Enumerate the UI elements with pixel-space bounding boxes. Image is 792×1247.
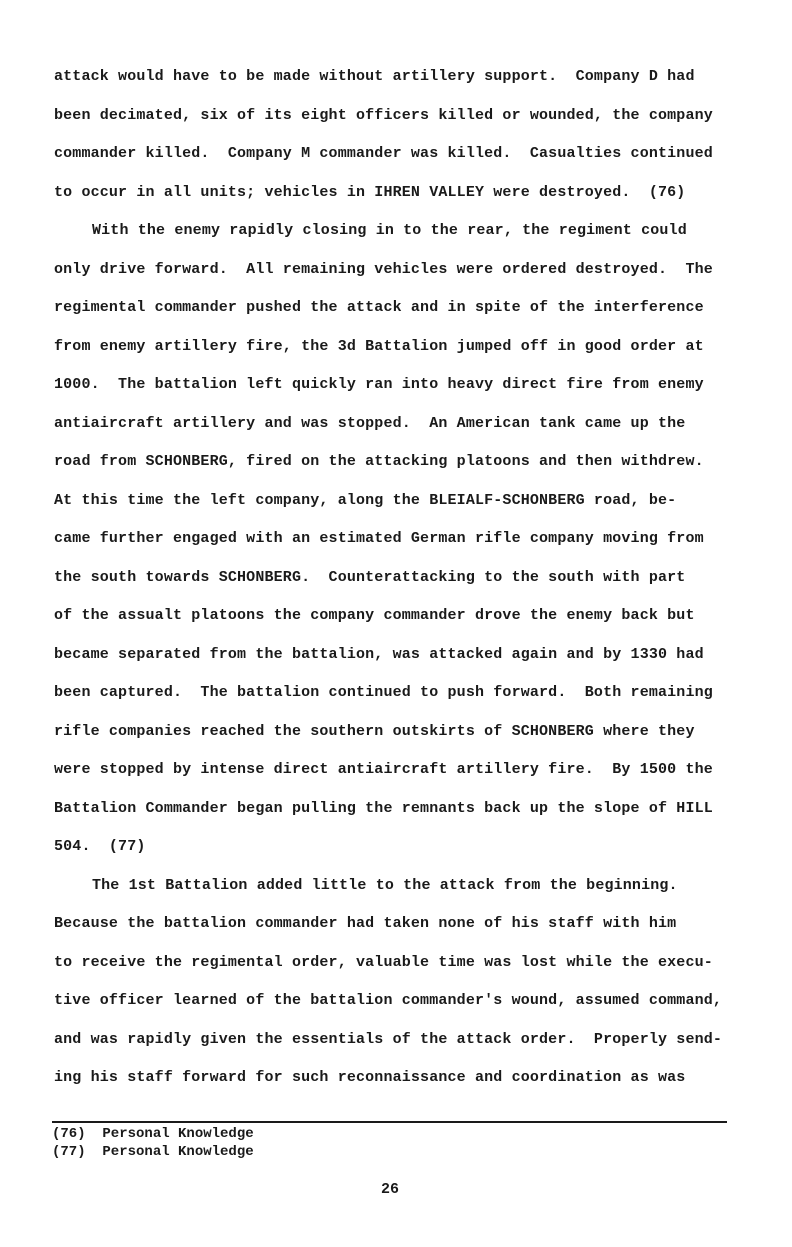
text-line: came further engaged with an estimated G… <box>54 530 704 548</box>
text-line: to receive the regimental order, valuabl… <box>54 954 713 972</box>
text-line: 504. (77) <box>54 838 146 856</box>
text-line: rifle companies reached the southern out… <box>54 723 695 741</box>
text-line: tive officer learned of the battalion co… <box>54 992 722 1010</box>
page-number: 26 <box>381 1181 399 1198</box>
text-line: At this time the left company, along the… <box>54 492 676 510</box>
text-line: only drive forward. All remaining vehicl… <box>54 261 713 279</box>
text-line: been decimated, six of its eight officer… <box>54 107 713 125</box>
text-line: to occur in all units; vehicles in IHREN… <box>54 184 685 202</box>
text-line: Battalion Commander began pulling the re… <box>54 800 713 818</box>
text-line: The 1st Battalion added little to the at… <box>92 877 678 895</box>
text-line: 1000. The battalion left quickly ran int… <box>54 376 704 394</box>
text-line: of the assualt platoons the company comm… <box>54 607 695 625</box>
text-line: from enemy artillery fire, the 3d Battal… <box>54 338 704 356</box>
footnote-divider <box>52 1121 727 1123</box>
footnote-76: (76) Personal Knowledge <box>52 1126 254 1142</box>
text-line: road from SCHONBERG, fired on the attack… <box>54 453 704 471</box>
text-line: been captured. The battalion continued t… <box>54 684 713 702</box>
text-line: ing his staff forward for such reconnais… <box>54 1069 685 1087</box>
footnote-77: (77) Personal Knowledge <box>52 1144 254 1160</box>
document-page: attack would have to be made without art… <box>0 0 792 1247</box>
text-line: Because the battalion commander had take… <box>54 915 676 933</box>
text-line: the south towards SCHONBERG. Counteratta… <box>54 569 685 587</box>
text-line: attack would have to be made without art… <box>54 68 695 86</box>
text-line: regimental commander pushed the attack a… <box>54 299 704 317</box>
text-line: became separated from the battalion, was… <box>54 646 704 664</box>
text-line: were stopped by intense direct antiaircr… <box>54 761 713 779</box>
text-line: With the enemy rapidly closing in to the… <box>92 222 687 240</box>
text-line: antiaircraft artillery and was stopped. … <box>54 415 685 433</box>
text-line: commander killed. Company M commander wa… <box>54 145 713 163</box>
text-line: and was rapidly given the essentials of … <box>54 1031 722 1049</box>
